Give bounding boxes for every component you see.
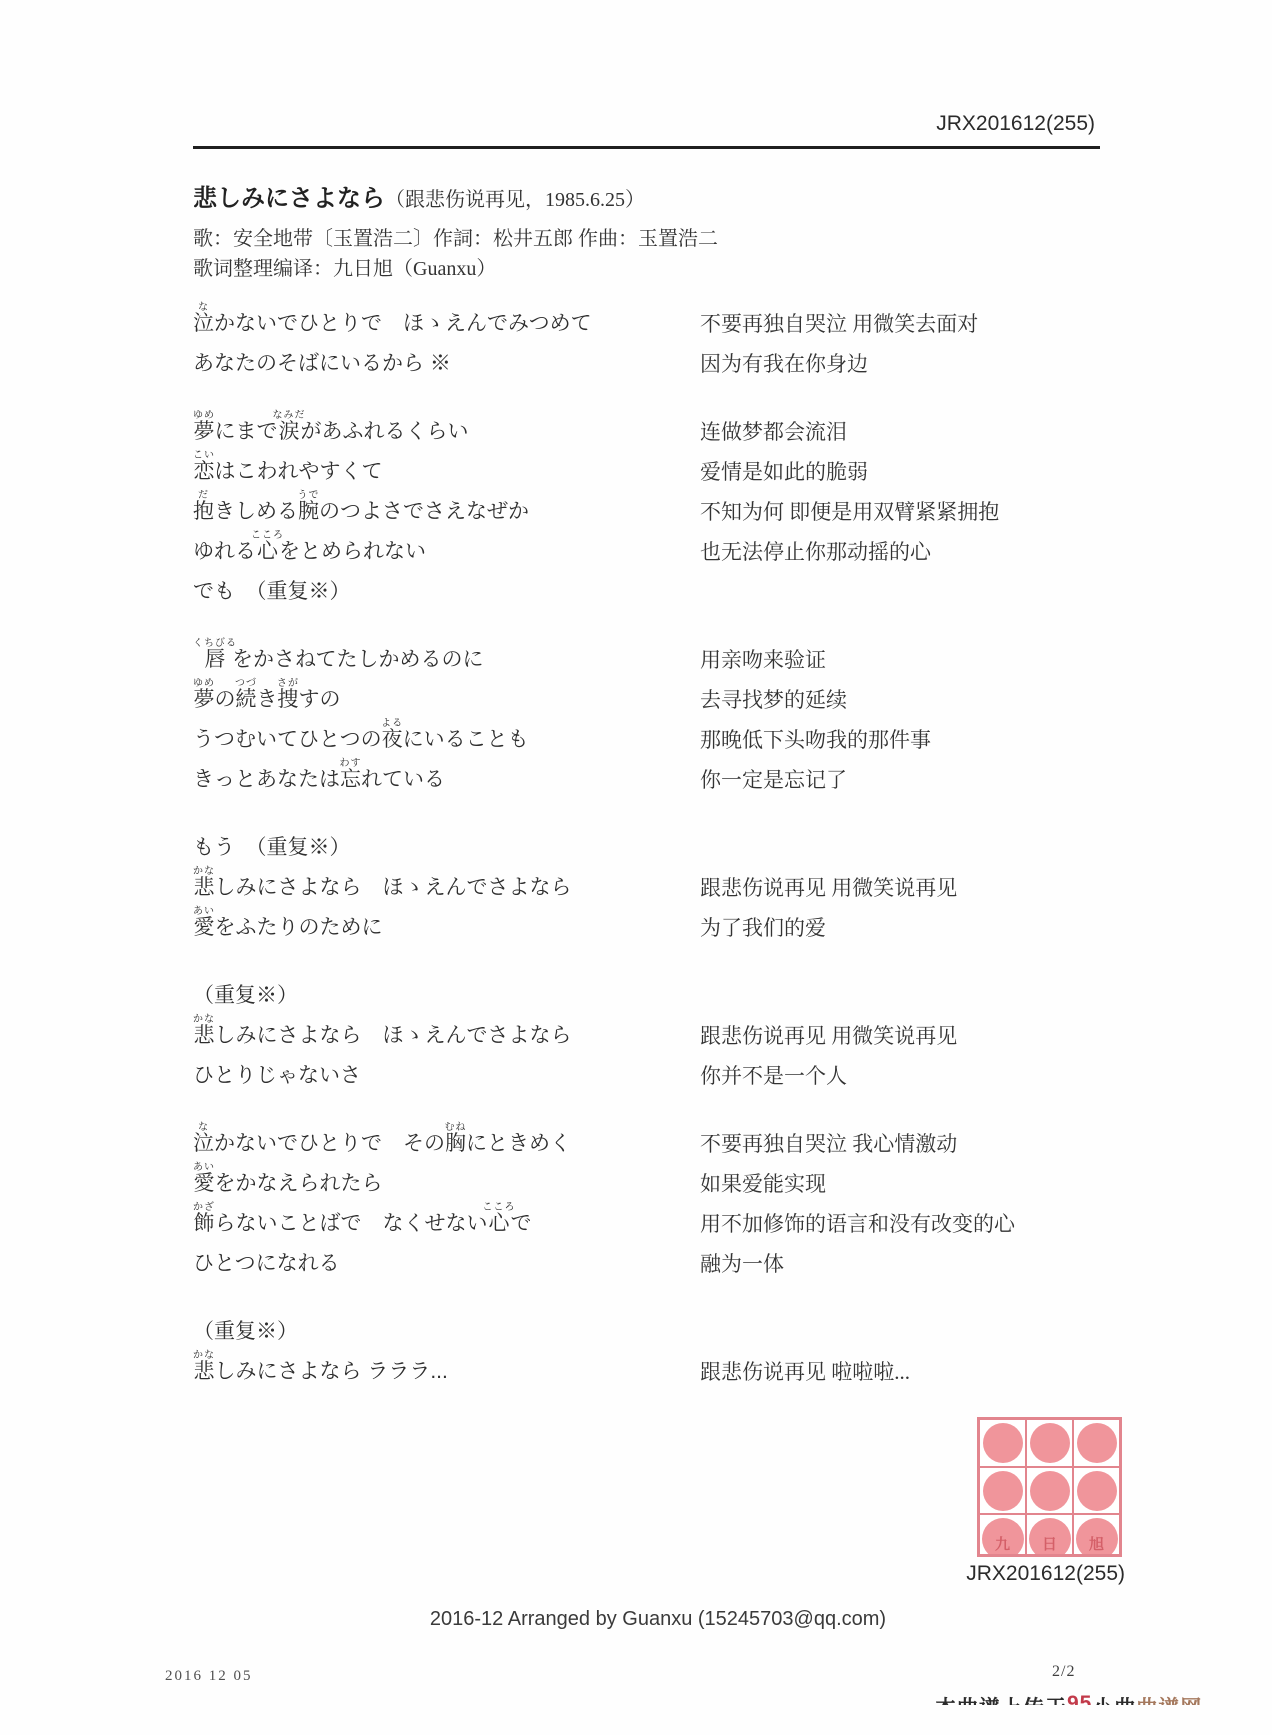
- lyric-chinese: 不知为何 即便是用双臂紧紧拥抱: [700, 500, 1128, 524]
- lyric-line: ゆれる心こころをとめられない也无法停止你那动摇的心: [193, 524, 1128, 564]
- lyric-japanese: あなたのそばにいるから ※: [193, 352, 700, 376]
- lyric-line: 愛あいをふたりのために为了我们的爱: [193, 900, 1128, 940]
- stamp-cell: 九: [979, 1514, 1026, 1555]
- stamp-cell: 日: [1026, 1514, 1073, 1555]
- lyric-chinese: 去寻找梦的延续: [700, 688, 1128, 712]
- lyrics-body: 泣なかないでひとりで ほゝえんでみつめて不要再独自哭泣 用微笑去面对あなたのそば…: [193, 296, 1128, 1412]
- stamp-code-label: JRX201612(255): [955, 1562, 1125, 1586]
- lyric-japanese: ゆれる心こころをとめられない: [193, 530, 700, 564]
- watermark-fragment: 小曲: [1092, 1697, 1136, 1705]
- lyric-line: でも （重复※）: [193, 564, 1128, 604]
- lyric-section: 夢ゆめにまで涙なみだがあふれるくらい连做梦都会流泪恋こいはこわれやすくて爱情是如…: [193, 404, 1128, 604]
- lyric-japanese: ひとつになれる: [193, 1252, 700, 1276]
- clipped-watermark: 本曲谱上传于95小曲曲谱网: [935, 1692, 1272, 1705]
- lyric-japanese: 悲かなしみにさよなら ほゝえんでさよなら: [193, 1014, 700, 1048]
- lyric-section: 唇くちびるをかさねてたしかめるのに用亲吻来验证夢ゆめの続つづき捜さがすの去寻找梦…: [193, 632, 1128, 792]
- stamp-cell: [979, 1467, 1026, 1514]
- stamp-cell: [1073, 1419, 1120, 1467]
- lyric-japanese: でも （重复※）: [193, 580, 700, 604]
- lyric-japanese: （重复※）: [193, 1320, 700, 1344]
- lyric-japanese: 愛あいをふたりのために: [193, 906, 700, 940]
- stamp-circle-icon: [1077, 1423, 1117, 1463]
- stamp-character: 九: [980, 1533, 1025, 1554]
- watermark-fragment: 本曲谱上传于: [935, 1697, 1067, 1705]
- lyric-line: （重复※）: [193, 968, 1128, 1008]
- song-title: 悲しみにさよなら（跟悲伤说再见，1985.6.25）: [193, 178, 645, 213]
- lyric-chinese: 用亲吻来验证: [700, 648, 1128, 672]
- lyric-line: 夢ゆめにまで涙なみだがあふれるくらい连做梦都会流泪: [193, 404, 1128, 444]
- lyric-chinese: 跟悲伤说再见 啦啦啦...: [700, 1360, 1128, 1384]
- lyric-chinese: 爱情是如此的脆弱: [700, 460, 1128, 484]
- lyric-japanese: 悲かなしみにさよなら ほゝえんでさよなら: [193, 866, 700, 900]
- lyric-line: ひとりじゃないさ你并不是一个人: [193, 1048, 1128, 1088]
- lyric-japanese: 悲かなしみにさよなら ラララ...: [193, 1350, 700, 1384]
- credits-artist-line: 歌：安全地带〔玉置浩二〕作詞：松井五郎 作曲：玉置浩二: [193, 224, 718, 254]
- arranged-by-line: 2016-12 Arranged by Guanxu (15245703@qq.…: [193, 1608, 1123, 1631]
- lyric-japanese: もう （重复※）: [193, 836, 700, 860]
- stamp-cell: [1073, 1467, 1120, 1514]
- song-title-japanese: 悲しみにさよなら: [193, 185, 385, 212]
- lyric-chinese: 不要再独自哭泣 用微笑去面对: [700, 312, 1128, 336]
- lyric-japanese: うつむいてひとつの夜よるにいることも: [193, 718, 700, 752]
- stamp-cell: [979, 1419, 1026, 1467]
- lyric-line: 悲かなしみにさよなら ほゝえんでさよなら跟悲伤说再见 用微笑说再见: [193, 1008, 1128, 1048]
- stamp-cell: [1026, 1467, 1073, 1514]
- lyric-line: 泣なかないでひとりで ほゝえんでみつめて不要再独自哭泣 用微笑去面对: [193, 296, 1128, 336]
- lyric-chinese: 跟悲伤说再见 用微笑说再见: [700, 1024, 1128, 1048]
- lyric-japanese: 飾かざらないことばで なくせない心こころで: [193, 1202, 700, 1236]
- lyric-japanese: 愛あいをかなえられたら: [193, 1162, 700, 1196]
- lyric-line: 恋こいはこわれやすくて爱情是如此的脆弱: [193, 444, 1128, 484]
- watermark-fragment: 曲谱网: [1136, 1697, 1202, 1705]
- lyric-chinese: 连做梦都会流泪: [700, 420, 1128, 444]
- lyric-chinese: 为了我们的爱: [700, 916, 1128, 940]
- stamp-cell: 旭: [1073, 1514, 1120, 1555]
- lyric-chinese: 你一定是忘记了: [700, 768, 1128, 792]
- lyric-line: ひとつになれる融为一体: [193, 1236, 1128, 1276]
- lyric-line: 悲かなしみにさよなら ほゝえんでさよなら跟悲伤说再见 用微笑说再见: [193, 860, 1128, 900]
- lyric-chinese: 你并不是一个人: [700, 1064, 1128, 1088]
- lyric-japanese: 唇くちびるをかさねてたしかめるのに: [193, 638, 700, 672]
- lyric-chinese: 如果爱能实现: [700, 1172, 1128, 1196]
- lyric-section: 泣なかないでひとりで ほゝえんでみつめて不要再独自哭泣 用微笑去面对あなたのそば…: [193, 296, 1128, 376]
- lyric-section: （重复※）悲かなしみにさよなら ほゝえんでさよなら跟悲伤说再见 用微笑说再见ひと…: [193, 968, 1128, 1088]
- song-title-translation: （跟悲伤说再见，1985.6.25）: [385, 189, 645, 211]
- lyric-japanese: きっとあなたは忘わすれている: [193, 758, 700, 792]
- lyric-chinese: 那晚低下头吻我的那件事: [700, 728, 1128, 752]
- lyric-japanese: ひとりじゃないさ: [193, 1064, 700, 1088]
- stamp-cell: [1026, 1419, 1073, 1467]
- lyric-chinese: 跟悲伤说再见 用微笑说再见: [700, 876, 1128, 900]
- doc-code-header: JRX201612(255): [936, 112, 1095, 136]
- lyric-line: 抱だきしめる腕うでのつよさでさえなぜか不知为何 即便是用双臂紧紧拥抱: [193, 484, 1128, 524]
- stamp-circle-icon: [1030, 1471, 1070, 1511]
- lyric-japanese: 恋こいはこわれやすくて: [193, 450, 700, 484]
- stamp-circle-icon: [1077, 1471, 1117, 1511]
- page-number: 2/2: [1052, 1663, 1075, 1681]
- stamp-character: 日: [1027, 1533, 1072, 1554]
- lyric-line: 夢ゆめの続つづき捜さがすの去寻找梦的延续: [193, 672, 1128, 712]
- watermark-fragment: 95: [1067, 1692, 1092, 1705]
- lyric-line: 悲かなしみにさよなら ラララ...跟悲伤说再见 啦啦啦...: [193, 1344, 1128, 1384]
- lyric-line: 唇くちびるをかさねてたしかめるのに用亲吻来验证: [193, 632, 1128, 672]
- header-rule: [193, 146, 1100, 149]
- lyric-line: 飾かざらないことばで なくせない心こころで用不加修饰的语言和没有改变的心: [193, 1196, 1128, 1236]
- lyric-japanese: 泣なかないでひとりで ほゝえんでみつめて: [193, 302, 700, 336]
- lyric-line: 泣なかないでひとりで その胸むねにときめく不要再独自哭泣 我心情激动: [193, 1116, 1128, 1156]
- stamp-character: 旭: [1074, 1533, 1119, 1554]
- stamp-circle-icon: [983, 1471, 1023, 1511]
- lyric-section: 泣なかないでひとりで その胸むねにときめく不要再独自哭泣 我心情激动愛あいをかな…: [193, 1116, 1128, 1276]
- lyric-line: 愛あいをかなえられたら如果爱能实现: [193, 1156, 1128, 1196]
- lyric-japanese: 抱だきしめる腕うでのつよさでさえなぜか: [193, 490, 700, 524]
- lyric-line: きっとあなたは忘わすれている你一定是忘记了: [193, 752, 1128, 792]
- credits-block: 歌：安全地带〔玉置浩二〕作詞：松井五郎 作曲：玉置浩二 歌词整理编译：九日旭（G…: [193, 224, 718, 284]
- footer-date: 2016 12 05: [165, 1668, 253, 1685]
- lyric-section: もう （重复※）悲かなしみにさよなら ほゝえんでさよなら跟悲伤说再见 用微笑说再…: [193, 820, 1128, 940]
- lyric-japanese: 夢ゆめの続つづき捜さがすの: [193, 678, 700, 712]
- lyric-japanese: （重复※）: [193, 984, 700, 1008]
- lyric-japanese: 夢ゆめにまで涙なみだがあふれるくらい: [193, 410, 700, 444]
- lyric-chinese: 用不加修饰的语言和没有改变的心: [700, 1212, 1128, 1236]
- lyric-chinese: 融为一体: [700, 1252, 1128, 1276]
- lyric-japanese: 泣なかないでひとりで その胸むねにときめく: [193, 1122, 700, 1156]
- lyric-line: うつむいてひとつの夜よるにいることも那晚低下头吻我的那件事: [193, 712, 1128, 752]
- lyric-line: もう （重复※）: [193, 820, 1128, 860]
- lyric-section: （重复※）悲かなしみにさよなら ラララ...跟悲伤说再见 啦啦啦...: [193, 1304, 1128, 1384]
- guanxu-seal-stamp: 九日旭: [977, 1417, 1122, 1557]
- stamp-circle-icon: [983, 1423, 1023, 1463]
- lyric-chinese: 不要再独自哭泣 我心情激动: [700, 1132, 1128, 1156]
- lyric-line: （重复※）: [193, 1304, 1128, 1344]
- credits-editor-line: 歌词整理编译：九日旭（Guanxu）: [193, 254, 718, 284]
- lyric-line: あなたのそばにいるから ※因为有我在你身边: [193, 336, 1128, 376]
- stamp-circle-icon: [1030, 1423, 1070, 1463]
- document-page: JRX201612(255) 悲しみにさよなら（跟悲伤说再见，1985.6.25…: [0, 0, 1272, 1735]
- lyric-chinese: 也无法停止你那动摇的心: [700, 540, 1128, 564]
- lyric-chinese: 因为有我在你身边: [700, 352, 1128, 376]
